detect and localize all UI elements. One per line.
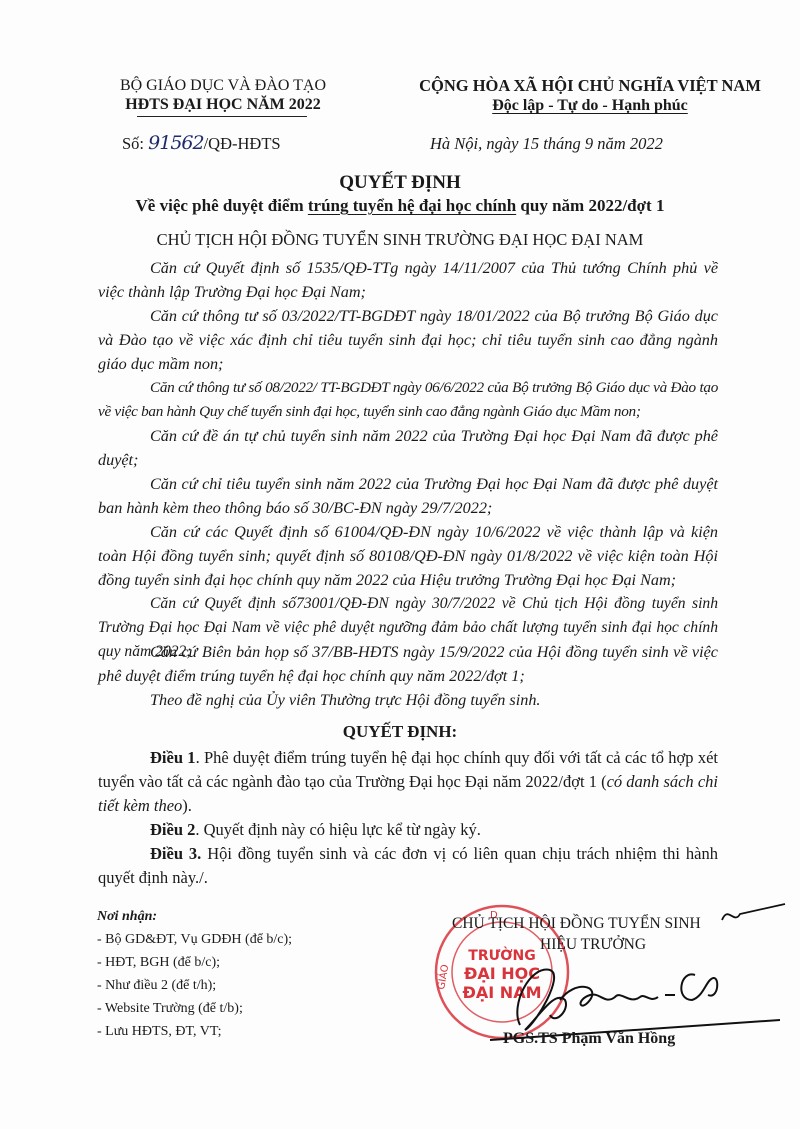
country-name: CỘNG HÒA XÃ HỘI CHỦ NGHĨA VIỆT NAM: [375, 76, 800, 96]
subject-underlined: trúng tuyển hệ đại học chính: [308, 196, 516, 215]
article-1-tail: ).: [182, 796, 192, 815]
council-name: HĐTS ĐẠI HỌC NĂM 2022: [98, 95, 348, 115]
article-3: Điều 3. Hội đồng tuyển sinh và các đơn v…: [98, 842, 718, 890]
authority-line: CHỦ TỊCH HỘI ĐỒNG TUYỂN SINH TRƯỜNG ĐẠI …: [0, 230, 800, 250]
recipient-item: Bộ GD&ĐT, Vụ GDĐH (để b/c);: [97, 928, 292, 951]
article-1: Điều 1. Phê duyệt điểm trúng tuyển hệ đạ…: [98, 746, 718, 818]
subject-post: quy năm 2022/đợt 1: [516, 196, 664, 215]
article-2-label: Điều 2: [150, 820, 195, 839]
decision-subject: Về việc phê duyệt điểm trúng tuyển hệ đạ…: [0, 196, 800, 216]
signature-flourish: [720, 900, 790, 930]
preamble-item: Theo đề nghị của Ủy viên Thường trực Hội…: [98, 688, 718, 712]
preamble-item: Căn cứ Quyết định số 1535/QĐ-TTg ngày 14…: [98, 256, 718, 304]
article-1-label: Điều 1: [150, 748, 196, 767]
preamble-item: Căn cứ thông tư số 03/2022/TT-BGDĐT ngày…: [98, 304, 718, 376]
place-date: Hà Nội, ngày 15 tháng 9 năm 2022: [430, 134, 663, 154]
number-prefix: Số:: [122, 134, 144, 153]
recipients-block: Nơi nhận: Bộ GD&ĐT, Vụ GDĐH (để b/c); HĐ…: [97, 905, 292, 1043]
council-underline: [137, 116, 307, 117]
number-suffix: /QĐ-HĐTS: [204, 134, 281, 153]
document-page: BỘ GIÁO DỤC VÀ ĐÀO TẠO HĐTS ĐẠI HỌC NĂM …: [0, 0, 800, 1129]
preamble-item: Căn cứ đề án tự chủ tuyển sinh năm 2022 …: [98, 424, 718, 472]
ministry-name: BỘ GIÁO DỤC VÀ ĐÀO TẠO: [98, 76, 348, 96]
article-3-label: Điều 3.: [150, 844, 201, 863]
preamble-item: Căn cứ các Quyết định số 61004/QĐ-ĐN ngà…: [98, 520, 718, 592]
decision-articles-heading: QUYẾT ĐỊNH:: [0, 722, 800, 742]
national-motto: Độc lập - Tự do - Hạnh phúc: [375, 96, 800, 116]
recipients-heading: Nơi nhận:: [97, 905, 292, 928]
recipient-item: Lưu HĐTS, ĐT, VT;: [97, 1020, 292, 1043]
subject-pre: Về việc phê duyệt điểm: [136, 196, 308, 215]
article-2: Điều 2. Quyết định này có hiệu lực kể từ…: [98, 818, 718, 842]
preamble-item: Căn cứ chỉ tiêu tuyển sinh năm 2022 của …: [98, 472, 718, 520]
decision-heading: QUYẾT ĐỊNH: [0, 172, 800, 194]
recipient-item: Website Trường (để t/b);: [97, 997, 292, 1020]
signatory-name: PGS.TS Phạm Văn Hồng: [503, 1030, 675, 1048]
recipient-item: Như điều 2 (để t/h);: [97, 974, 292, 997]
signatory-title: CHỦ TỊCH HỘI ĐỒNG TUYỂN SINH: [452, 915, 701, 933]
national-motto-text: Độc lập - Tự do - Hạnh phúc: [492, 97, 688, 114]
document-number: Số: 91562/QĐ-HĐTS: [122, 133, 281, 154]
article-2-text: . Quyết định này có hiệu lực kể từ ngày …: [195, 820, 481, 839]
preamble-item: Căn cứ thông tư số 08/2022/ TT-BGDĐT ngà…: [98, 376, 718, 424]
recipient-item: HĐT, BGH (để b/c);: [97, 951, 292, 974]
council-name-text: HĐTS ĐẠI HỌC NĂM 2022: [125, 96, 321, 113]
number-handwritten: 91562: [148, 132, 203, 154]
preamble-item: Căn cứ Biên bản họp số 37/BB-HĐTS ngày 1…: [98, 640, 718, 688]
